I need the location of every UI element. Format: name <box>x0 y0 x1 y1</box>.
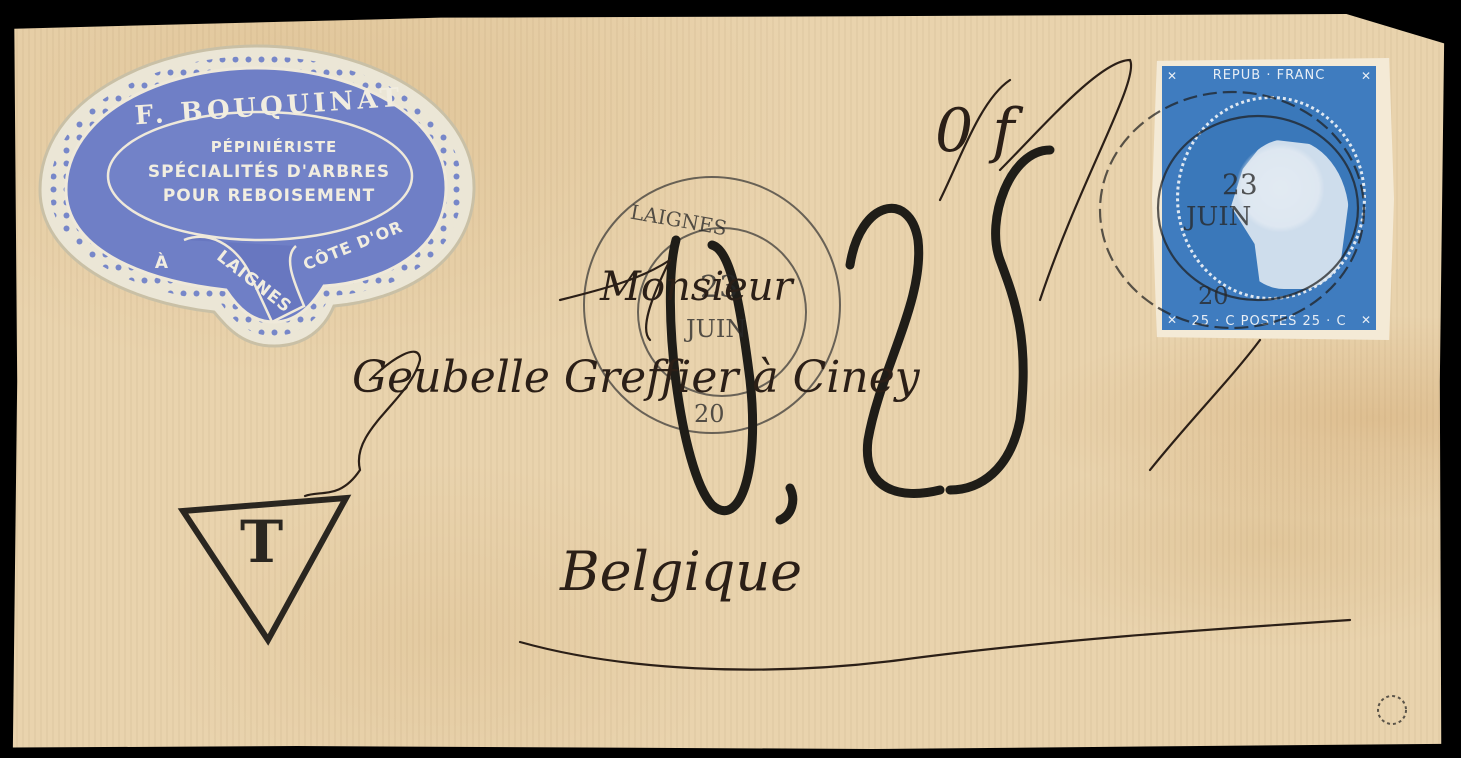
vignette-prefix: À <box>152 253 172 273</box>
stamp-corner-icon: ✕ <box>1164 68 1180 84</box>
stamp-value-left: 25 · C <box>1191 314 1235 329</box>
vignette-specialty: SPÉCIALITÉS D'ARBRES <box>114 162 424 182</box>
postage-stamp: ✕ ✕ ✕ ✕ REPUB · FRANC 25 · C POSTES 25 ·… <box>1152 58 1394 340</box>
destination-country: Belgique <box>560 540 802 603</box>
stamp-frame: ✕ ✕ ✕ ✕ REPUB · FRANC 25 · C POSTES 25 ·… <box>1162 66 1376 330</box>
stamp-cancel-day: 23 <box>1222 168 1258 201</box>
stamp-postes: POSTES <box>1241 314 1298 329</box>
stamp-top-text: REPUB · FRANC <box>1186 68 1352 83</box>
departure-postmark-month: JUIN <box>686 315 746 343</box>
stamp-corner-icon: ✕ <box>1358 68 1374 84</box>
stamp-value-right: 25 · C <box>1303 314 1347 329</box>
stamp-corner-icon: ✕ <box>1358 312 1374 328</box>
addressee-line: Geubelle Greffier à Ciney <box>352 352 920 403</box>
stamp-medallion <box>1176 96 1366 300</box>
stamp-cancel-month: JUIN <box>1186 202 1251 232</box>
tax-letter: T <box>240 508 283 576</box>
departure-postmark-department: 20 <box>694 400 725 428</box>
stamp-bottom-text: 25 · C POSTES 25 · C <box>1186 314 1352 329</box>
vignette-purpose: POUR REBOISEMENT <box>134 186 404 206</box>
salutation: Monsieur <box>600 264 793 310</box>
vignette-profession: PÉPINIÉRISTE <box>174 138 374 156</box>
stamp-corner-icon: ✕ <box>1164 312 1180 328</box>
annotation: 0 f <box>935 96 1014 166</box>
merchant-vignette: F. BOUQUINAT PÉPINIÉRISTE SPÉCIALITÉS D'… <box>34 40 480 352</box>
stamp-cancel-department: 20 <box>1198 282 1229 310</box>
